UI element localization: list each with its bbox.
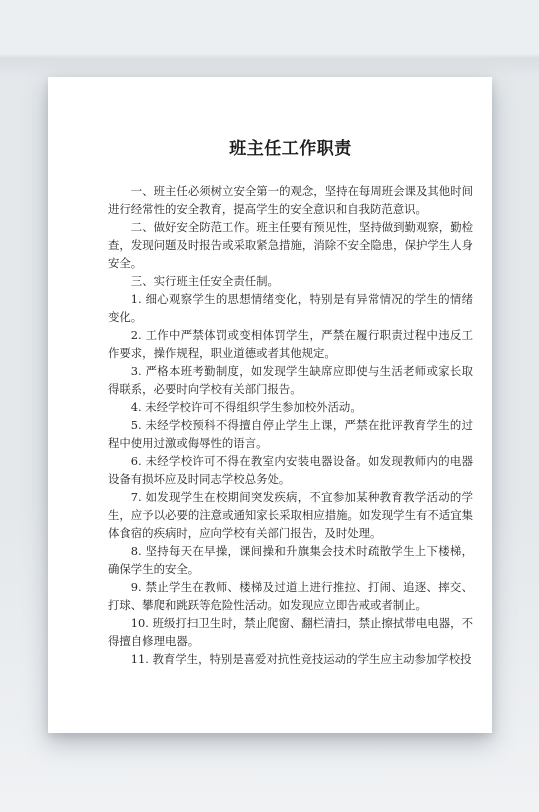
document-paragraph: 10. 班级打扫卫生时，禁止爬窗、翻栏清扫，禁止擦拭带电电器，不得擅自修理电器。	[108, 614, 473, 650]
backdrop: 班主任工作职责 一、班主任必须树立安全第一的观念，坚持在每周班会课及其他时间进行…	[0, 0, 539, 812]
document-paragraph: 三、实行班主任安全责任制。	[108, 272, 473, 290]
document-paragraph: 8. 坚持每天在早操，课间操和升旗集会技术时疏散学生上下楼梯，确保学生的安全。	[108, 542, 473, 578]
document-body: 一、班主任必须树立安全第一的观念，坚持在每周班会课及其他时间进行经常性的安全教育…	[108, 182, 473, 668]
document-paragraph: 6. 未经学校许可不得在教室内安装电器设备。如发现教师内的电器设备有损坏应及时同…	[108, 452, 473, 488]
document-paragraph: 11. 教育学生，特别是喜爱对抗性竞技运动的学生应主动参加学校投	[108, 650, 473, 668]
document-paragraph: 一、班主任必须树立安全第一的观念，坚持在每周班会课及其他时间进行经常性的安全教育…	[108, 182, 473, 218]
document-title: 班主任工作职责	[108, 139, 473, 159]
document-paragraph: 5. 未经学校预科不得擅自停止学生上课，严禁在批评教育学生的过程中使用过激或侮辱…	[108, 416, 473, 452]
document-page: 班主任工作职责 一、班主任必须树立安全第一的观念，坚持在每周班会课及其他时间进行…	[48, 77, 492, 733]
document-paragraph: 2. 工作中严禁体罚或变相体罚学生，严禁在履行职责过程中违反工作要求，操作规程，…	[108, 326, 473, 362]
document-paragraph: 9. 禁止学生在教师、楼梯及过道上进行推拉、打闹、追逐、摔交、打球、攀爬和跳跃等…	[108, 578, 473, 614]
document-paragraph: 1. 细心观察学生的思想情绪变化，特别是有异常情况的学生的情绪变化。	[108, 290, 473, 326]
document-paragraph: 3. 严格本班考勤制度，如发现学生缺席应即使与生活老师或家长取得联系，必要时向学…	[108, 362, 473, 398]
document-paragraph: 二、做好安全防范工作。班主任要有预见性，坚持做到勤观察，勤检查，发现问题及时报告…	[108, 218, 473, 272]
document-paragraph: 7. 如发现学生在校期间突发疾病，不宜参加某种教育教学活动的学生，应予以必要的注…	[108, 488, 473, 542]
document-paragraph: 4. 未经学校许可不得组织学生参加校外活动。	[108, 398, 473, 416]
